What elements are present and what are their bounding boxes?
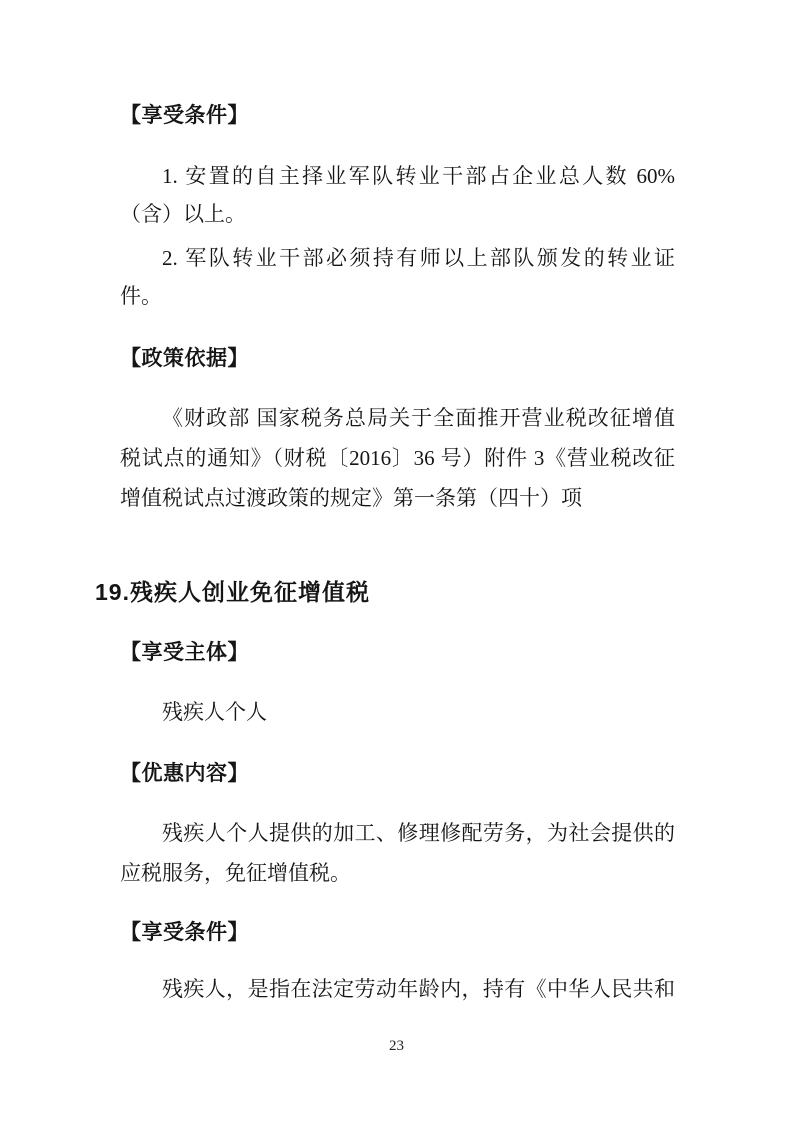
heading-eligible-entities: 【享受主体】 (120, 638, 249, 668)
page-number: 23 (0, 1038, 793, 1055)
paragraph-line: 2. 军队转业干部必须持有师以上部队颁发的转业证 (120, 243, 675, 273)
heading-policy-basis: 【政策依据】 (120, 344, 249, 374)
heading-eligibility-conditions-1: 【享受条件】 (120, 101, 249, 131)
paragraph-line: 《财政部 国家税务总局关于全面推开营业税改征增值 (120, 403, 675, 433)
paragraph-line: （含）以上。 (120, 199, 675, 229)
paragraph-line: 1. 安置的自主择业军队转业干部占企业总人数 60% (120, 161, 675, 191)
heading-preferential-content: 【优惠内容】 (120, 759, 249, 789)
paragraph-line: 件。 (120, 281, 675, 311)
paragraph-line: 增值税试点过渡政策的规定》第一条第（四十）项 (120, 483, 675, 513)
document-page: 【享受条件】 1. 安置的自主择业军队转业干部占企业总人数 60% （含）以上。… (0, 0, 793, 1122)
paragraph-line: 残疾人个人 (120, 697, 675, 727)
heading-eligibility-conditions-2: 【享受条件】 (120, 918, 249, 948)
paragraph-line: 税试点的通知》（财税〔2016〕36 号）附件 3《营业税改征 (120, 443, 675, 473)
section-19-title: 19.残疾人创业免征增值税 (95, 576, 370, 608)
paragraph-line: 应税服务，免征增值税。 (120, 858, 675, 888)
paragraph-line: 残疾人个人提供的加工、修理修配劳务，为社会提供的 (120, 818, 675, 848)
paragraph-line: 残疾人，是指在法定劳动年龄内，持有《中华人民共和 (120, 974, 675, 1004)
